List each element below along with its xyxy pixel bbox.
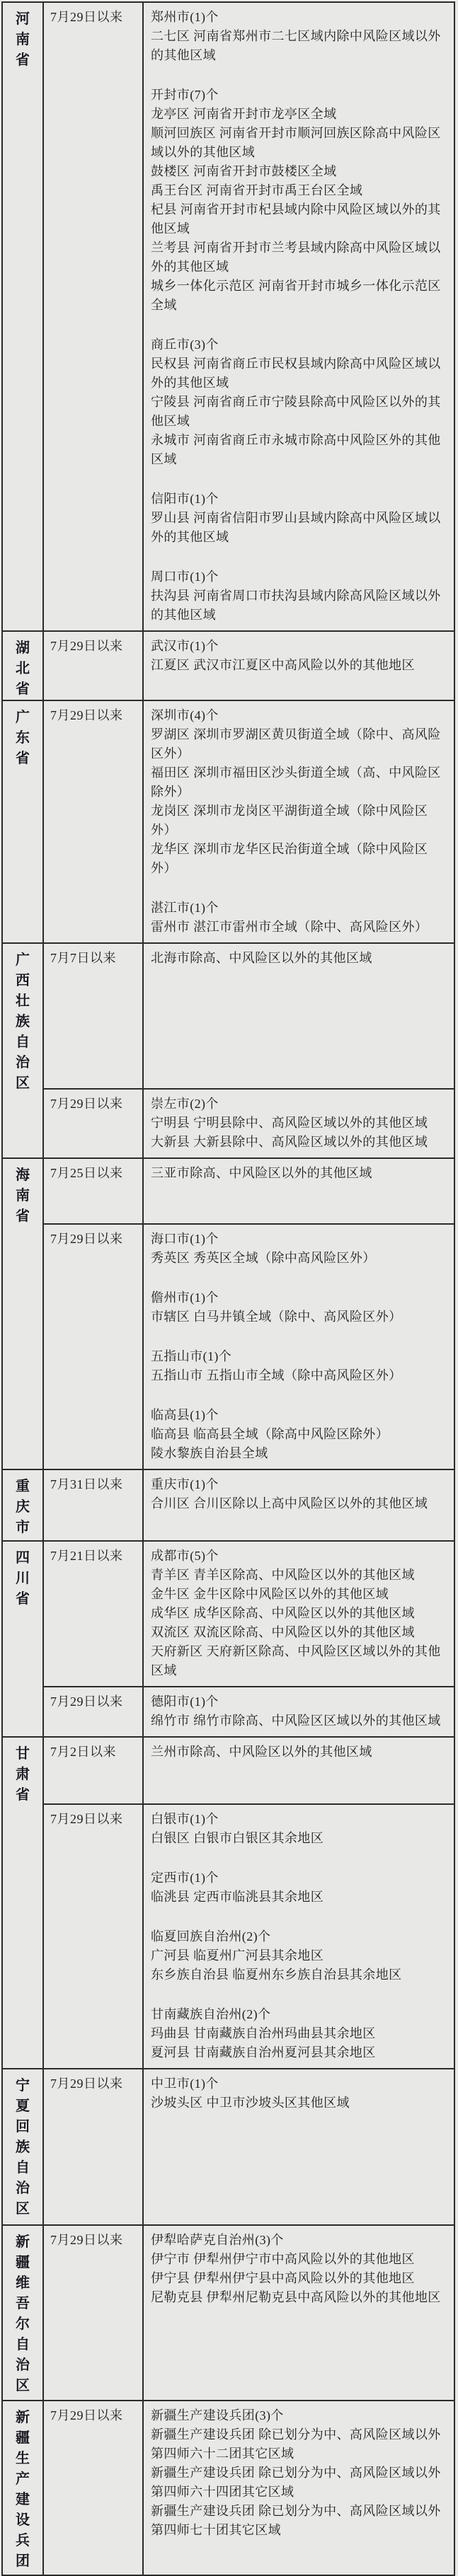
risk-areas-cell: 重庆市(1)个合川区 合川区除以上高中风险区以外的其他区域 xyxy=(144,1470,454,1540)
province-name-char: 区 xyxy=(16,2376,30,2396)
province-name-char: 南 xyxy=(16,30,30,50)
date-since-cell: 7月7日以来 xyxy=(44,944,144,1088)
date-since-cell: 7月29日以来 xyxy=(44,701,144,942)
area-line: 开封市(7)个 xyxy=(151,86,444,105)
province-name-char: 省 xyxy=(16,679,30,700)
date-since-cell: 7月29日以来 xyxy=(44,2226,144,2400)
area-line: 广河县 临夏州广河县其余地区 xyxy=(151,1946,444,1965)
city-block: 三亚市除高、中风险区以外的其他区域 xyxy=(151,1164,444,1183)
province-name-char: 重 xyxy=(16,1477,30,1497)
area-line: 德阳市(1)个 xyxy=(151,1692,444,1711)
area-line: 金牛区 金牛区除中风险区以外的其他区域 xyxy=(151,1585,444,1604)
risk-areas-cell: 新疆生产建设兵团(3)个新疆生产建设兵团 除已划分为中、高风险区域以外第四师六十… xyxy=(144,2401,454,2575)
province-cell: 重庆市 xyxy=(3,1470,44,1540)
area-line: 天府新区 天府新区除高、中风险区区域以外的其他区域 xyxy=(151,1642,444,1680)
city-block: 海口市(1)个秀英区 秀英区全域（除中高风险区外） xyxy=(151,1230,444,1268)
date-subrow: 7月25日以来三亚市除高、中风险区以外的其他区域 xyxy=(44,1159,454,1223)
risk-areas-cell: 海口市(1)个秀英区 秀英区全域（除中高风险区外）儋州市(1)个市辖区 白马井镇… xyxy=(144,1225,454,1469)
date-since-cell: 7月29日以来 xyxy=(44,1225,144,1469)
table-row: 新疆维吾尔自治区7月29日以来伊犁哈萨克自治州(3)个伊宁市 伊犁州伊宁市中高风… xyxy=(3,2224,454,2400)
table-row: 新疆生产建设兵团7月29日以来新疆生产建设兵团(3)个新疆生产建设兵团 除已划分… xyxy=(3,2400,454,2575)
area-line: 儋州市(1)个 xyxy=(151,1288,444,1307)
province-name-char: 族 xyxy=(16,1012,30,1032)
area-line: 定西市(1)个 xyxy=(151,1869,444,1888)
city-block: 甘南藏族自治州(2)个玛曲县 甘南藏族自治州玛曲县其余地区夏河县 甘南藏族自治州… xyxy=(151,2005,444,2062)
date-subrow-group: 7月21日以来成都市(5)个青羊区 青羊区除高、中风险区以外的其他区域金牛区 金… xyxy=(44,1542,454,1736)
area-line: 湛江市(1)个 xyxy=(151,899,444,918)
area-line: 白银区 白银市白银区其余地区 xyxy=(151,1829,444,1848)
date-since-cell: 7月31日以来 xyxy=(44,1470,144,1540)
area-line: 临夏回族自治州(2)个 xyxy=(151,1927,444,1946)
area-line: 鼓楼区 河南省开封市鼓楼区全域 xyxy=(151,162,444,181)
city-block: 深圳市(4)个罗湖区 深圳市罗湖区黄贝街道全域（除中、高风险区外）福田区 深圳市… xyxy=(151,706,444,878)
province-name-char: 省 xyxy=(16,1785,30,1806)
area-line: 二七区 河南省郑州市二七区域内除中风险区域以外的其他区域 xyxy=(151,27,444,65)
province-name-char: 南 xyxy=(16,1186,30,1206)
area-line: 五指山市 五指山市全域（除中高风险区外） xyxy=(151,1366,444,1385)
area-line: 崇左市(2)个 xyxy=(151,1094,444,1114)
area-line: 商丘市(3)个 xyxy=(151,335,444,354)
date-since-cell: 7月2日以来 xyxy=(44,1738,144,1803)
province-name-char: 治 xyxy=(16,2178,30,2199)
city-block: 北海市除高、中风险区以外的其他区域 xyxy=(151,949,444,968)
date-subrow: 7月29日以来新疆生产建设兵团(3)个新疆生产建设兵团 除已划分为中、高风险区域… xyxy=(44,2401,454,2575)
city-block: 五指山市(1)个五指山市 五指山市全域（除中高风险区外） xyxy=(151,1347,444,1385)
province-name-char: 省 xyxy=(16,1589,30,1610)
province-name-char: 自 xyxy=(16,2335,30,2355)
risk-areas-cell: 中卫市(1)个沙坡头区 中卫市沙坡头区其他区域 xyxy=(144,2069,454,2224)
area-line: 伊宁市 伊犁州伊宁市中高风险以外的其他地区 xyxy=(151,2250,444,2269)
province-name-char: 四 xyxy=(16,1548,30,1569)
area-line: 双流区 双流区除高、中风险区以外的其他区域 xyxy=(151,1623,444,1642)
table-row: 广东省7月29日以来深圳市(4)个罗湖区 深圳市罗湖区黄贝街道全域（除中、高风险… xyxy=(3,700,454,942)
risk-areas-cell: 伊犁哈萨克自治州(3)个伊宁市 伊犁州伊宁市中高风险以外的其他地区伊宁县 伊犁州… xyxy=(144,2226,454,2400)
date-subrow-group: 7月25日以来三亚市除高、中风险区以外的其他区域7月29日以来海口市(1)个秀英… xyxy=(44,1159,454,1469)
city-block: 成都市(5)个青羊区 青羊区除高、中风险区以外的其他区域金牛区 金牛区除中风险区… xyxy=(151,1547,444,1680)
date-since-cell: 7月29日以来 xyxy=(44,3,144,630)
table-row: 广西壮族自治区7月7日以来北海市除高、中风险区以外的其他区域7月29日以来崇左市… xyxy=(3,942,454,1157)
province-name-char: 夏 xyxy=(16,2096,30,2117)
risk-areas-cell: 武汉市(1)个江夏区 武汉市江夏区中高风险以外的其他地区 xyxy=(144,632,454,700)
province-cell: 新疆生产建设兵团 xyxy=(3,2401,44,2575)
area-line: 雷州市 湛江市雷州市全域（除中、高风险区外） xyxy=(151,918,444,937)
area-line: 龙华区 深圳市龙华区民治街道全域（除中风险区外） xyxy=(151,840,444,878)
area-line: 宁陵县 河南省商丘市宁陵县除高中风险区以外的其他区域 xyxy=(151,393,444,431)
table-row: 河南省7月29日以来郑州市(1)个二七区 河南省郑州市二七区域内除中风险区域以外… xyxy=(3,3,454,630)
province-name-char: 维 xyxy=(16,2273,30,2294)
city-block: 信阳市(1)个罗山县 河南省信阳市罗山县域内除高中风险区域以外的其他区域 xyxy=(151,490,444,547)
date-subrow: 7月29日以来海口市(1)个秀英区 秀英区全域（除中高风险区外）儋州市(1)个市… xyxy=(44,1223,454,1469)
province-name-char: 东 xyxy=(16,728,30,749)
city-block: 崇左市(2)个宁明县 宁明县除中、高风险区域以外的其他区域大新县 大新县除中、高… xyxy=(151,1094,444,1152)
province-name-char: 广 xyxy=(16,707,30,728)
area-line: 罗湖区 深圳市罗湖区黄贝街道全域（除中、高风险区外） xyxy=(151,725,444,763)
table-row: 海南省7月25日以来三亚市除高、中风险区以外的其他区域7月29日以来海口市(1)… xyxy=(3,1157,454,1469)
province-name-char: 族 xyxy=(16,2137,30,2158)
province-name-char: 设 xyxy=(16,2510,30,2531)
area-line: 成都市(5)个 xyxy=(151,1547,444,1566)
city-block: 重庆市(1)个合川区 合川区除以上高中风险区以外的其他区域 xyxy=(151,1475,444,1513)
date-subrow: 7月29日以来伊犁哈萨克自治州(3)个伊宁市 伊犁州伊宁市中高风险以外的其他地区… xyxy=(44,2226,454,2400)
area-line: 白银市(1)个 xyxy=(151,1810,444,1829)
date-subrow-group: 7月7日以来北海市除高、中风险区以外的其他区域7月29日以来崇左市(2)个宁明县… xyxy=(44,944,454,1157)
province-name-char: 兵 xyxy=(16,2531,30,2551)
area-line: 东乡族自治县 临夏州东乡族自治县其余地区 xyxy=(151,1965,444,1985)
area-line: 成华区 成华区除高、中风险区以外的其他区域 xyxy=(151,1604,444,1623)
area-line: 杞县 河南省开封市杞县域内除中风险区域以外的其他区域 xyxy=(151,200,444,238)
area-line: 顺河回族区 河南省开封市顺河回族区除高中风险区域以外的其他区域 xyxy=(151,124,444,162)
province-name-char: 省 xyxy=(16,1206,30,1227)
province-name-char: 疆 xyxy=(16,2253,30,2273)
province-name-char: 广 xyxy=(16,950,30,971)
date-subrow: 7月29日以来深圳市(4)个罗湖区 深圳市罗湖区黄贝街道全域（除中、高风险区外）… xyxy=(44,701,454,942)
area-line: 玛曲县 甘南藏族自治州玛曲县其余地区 xyxy=(151,2024,444,2043)
province-name-char: 疆 xyxy=(16,2428,30,2449)
city-block: 武汉市(1)个江夏区 武汉市江夏区中高风险以外的其他地区 xyxy=(151,637,444,675)
date-subrow-group: 7月29日以来伊犁哈萨克自治州(3)个伊宁市 伊犁州伊宁市中高风险以外的其他地区… xyxy=(44,2226,454,2400)
date-since-cell: 7月29日以来 xyxy=(44,2069,144,2224)
area-line: 周口市(1)个 xyxy=(151,567,444,587)
area-line: 禹王台区 河南省开封市禹王台区全域 xyxy=(151,181,444,200)
city-block: 郑州市(1)个二七区 河南省郑州市二七区域内除中风险区域以外的其他区域 xyxy=(151,8,444,65)
area-line: 尼勒克县 伊犁州尼勒克县中高风险以外的其他地区 xyxy=(151,2288,444,2307)
area-line: 伊宁县 伊犁州伊宁县中高风险以外的其他地区 xyxy=(151,2269,444,2288)
area-line: 扶沟县 河南省周口市扶沟县域内除高风险区域以外的其他区域 xyxy=(151,587,444,625)
area-line: 新疆生产建设兵团 除已划分为中、高风险区域以外第四师七十团其它区域 xyxy=(151,2502,444,2540)
area-line: 龙岗区 深圳市龙岗区平湖街道全域（除中风险区外） xyxy=(151,802,444,840)
risk-areas-cell: 兰州市除高、中风险区以外的其他区域 xyxy=(144,1738,454,1803)
city-block: 湛江市(1)个雷州市 湛江市雷州市全域（除中、高风险区外） xyxy=(151,899,444,937)
date-subrow-group: 7月29日以来新疆生产建设兵团(3)个新疆生产建设兵团 除已划分为中、高风险区域… xyxy=(44,2401,454,2575)
province-cell: 甘肃省 xyxy=(3,1738,44,2068)
date-since-cell: 7月29日以来 xyxy=(44,1805,144,2068)
province-cell: 湖北省 xyxy=(3,632,44,700)
city-block: 儋州市(1)个市辖区 白马井镇全域（除中、高风险区外） xyxy=(151,1288,444,1327)
area-line: 大新县 大新县除中、高风险区域以外的其他区域 xyxy=(151,1133,444,1152)
province-name-char: 区 xyxy=(16,2199,30,2219)
area-line: 兰州市除高、中风险区以外的其他区域 xyxy=(151,1743,444,1762)
table-row: 四川省7月21日以来成都市(5)个青羊区 青羊区除高、中风险区以外的其他区域金牛… xyxy=(3,1540,454,1736)
date-subrow: 7月29日以来崇左市(2)个宁明县 宁明县除中、高风险区域以外的其他区域大新县 … xyxy=(44,1088,454,1157)
province-name-char: 吾 xyxy=(16,2294,30,2314)
province-name-char: 生 xyxy=(16,2449,30,2469)
date-since-cell: 7月29日以来 xyxy=(44,2401,144,2575)
table-row: 宁夏回族自治区7月29日以来中卫市(1)个沙坡头区 中卫市沙坡头区其他区域 xyxy=(3,2068,454,2224)
date-subrow: 7月31日以来重庆市(1)个合川区 合川区除以上高中风险区以外的其他区域 xyxy=(44,1470,454,1540)
area-line: 三亚市除高、中风险区以外的其他区域 xyxy=(151,1164,444,1183)
area-line: 市辖区 白马井镇全域（除中、高风险区外） xyxy=(151,1307,444,1327)
city-block: 定西市(1)个临洮县 定西市临洮县其余地区 xyxy=(151,1869,444,1907)
city-block: 白银市(1)个白银区 白银市白银区其余地区 xyxy=(151,1810,444,1848)
province-name-char: 产 xyxy=(16,2469,30,2490)
area-line: 重庆市(1)个 xyxy=(151,1475,444,1494)
city-block: 临高县(1)个临高县 临高县全域（除高中风险区除外）陵水黎族自治县全域 xyxy=(151,1406,444,1463)
area-line: 临高县(1)个 xyxy=(151,1406,444,1425)
date-subrow-group: 7月29日以来深圳市(4)个罗湖区 深圳市罗湖区黄贝街道全域（除中、高风险区外）… xyxy=(44,701,454,942)
date-subrow-group: 7月2日以来兰州市除高、中风险区以外的其他区域7月29日以来白银市(1)个白银区… xyxy=(44,1738,454,2068)
date-subrow: 7月29日以来武汉市(1)个江夏区 武汉市江夏区中高风险以外的其他地区 xyxy=(44,632,454,700)
province-name-char: 海 xyxy=(16,1165,30,1186)
area-line: 深圳市(4)个 xyxy=(151,706,444,725)
province-name-char: 河 xyxy=(16,9,30,30)
area-line: 江夏区 武汉市江夏区中高风险以外的其他地区 xyxy=(151,656,444,675)
area-line: 夏河县 甘南藏族自治州夏河县其余地区 xyxy=(151,2043,444,2062)
area-line: 临高县 临高县全域（除高中风险区除外） xyxy=(151,1425,444,1444)
risk-area-table: 河南省7月29日以来郑州市(1)个二七区 河南省郑州市二七区域内除中风险区域以外… xyxy=(1,1,455,2576)
date-since-cell: 7月29日以来 xyxy=(44,1090,144,1157)
area-line: 兰考县 河南省开封市兰考县域内除高中风险区域以外的其他区域 xyxy=(151,238,444,277)
risk-areas-cell: 崇左市(2)个宁明县 宁明县除中、高风险区域以外的其他区域大新县 大新县除中、高… xyxy=(144,1090,454,1157)
province-name-char: 治 xyxy=(16,2355,30,2376)
risk-areas-cell: 成都市(5)个青羊区 青羊区除高、中风险区以外的其他区域金牛区 金牛区除中风险区… xyxy=(144,1542,454,1686)
area-line: 城乡一体化示范区 河南省开封市城乡一体化示范区全域 xyxy=(151,277,444,315)
area-line: 陵水黎族自治县全域 xyxy=(151,1444,444,1463)
date-subrow-group: 7月29日以来郑州市(1)个二七区 河南省郑州市二七区域内除中风险区域以外的其他… xyxy=(44,3,454,630)
date-subrow: 7月7日以来北海市除高、中风险区以外的其他区域 xyxy=(44,944,454,1088)
province-name-char: 川 xyxy=(16,1569,30,1589)
province-cell: 河南省 xyxy=(3,3,44,630)
area-line: 沙坡头区 中卫市沙坡头区其他区域 xyxy=(151,2093,444,2113)
area-line: 永城市 河南省商丘市永城市除高中风险区外的其他区域 xyxy=(151,431,444,469)
province-name-char: 建 xyxy=(16,2490,30,2510)
area-line: 福田区 深圳市福田区沙头街道全域（高、中风险区除外） xyxy=(151,763,444,802)
province-name-char: 自 xyxy=(16,1032,30,1053)
province-name-char: 区 xyxy=(16,1073,30,1094)
area-line: 罗山县 河南省信阳市罗山县域内除高中风险区域以外的其他区域 xyxy=(151,509,444,547)
risk-areas-cell: 三亚市除高、中风险区以外的其他区域 xyxy=(144,1159,454,1223)
date-since-cell: 7月29日以来 xyxy=(44,1687,144,1736)
province-cell: 新疆维吾尔自治区 xyxy=(3,2226,44,2400)
risk-areas-cell: 北海市除高、中风险区以外的其他区域 xyxy=(144,944,454,1088)
province-name-char: 省 xyxy=(16,749,30,769)
page-background: { "document": { "background_color": "#e8… xyxy=(0,0,458,2471)
city-block: 兰州市除高、中风险区以外的其他区域 xyxy=(151,1743,444,1762)
date-subrow: 7月21日以来成都市(5)个青羊区 青羊区除高、中风险区以外的其他区域金牛区 金… xyxy=(44,1542,454,1686)
date-subrow: 7月29日以来中卫市(1)个沙坡头区 中卫市沙坡头区其他区域 xyxy=(44,2069,454,2224)
city-block: 中卫市(1)个沙坡头区 中卫市沙坡头区其他区域 xyxy=(151,2074,444,2113)
city-block: 临夏回族自治州(2)个广河县 临夏州广河县其余地区东乡族自治县 临夏州东乡族自治… xyxy=(151,1927,444,1985)
province-cell: 宁夏回族自治区 xyxy=(3,2069,44,2224)
province-name-char: 尔 xyxy=(16,2314,30,2335)
area-line: 北海市除高、中风险区以外的其他区域 xyxy=(151,949,444,968)
date-since-cell: 7月25日以来 xyxy=(44,1159,144,1223)
province-name-char: 庆 xyxy=(16,1497,30,1518)
date-subrow: 7月29日以来郑州市(1)个二七区 河南省郑州市二七区域内除中风险区域以外的其他… xyxy=(44,3,454,630)
province-name-char: 北 xyxy=(16,659,30,679)
area-line: 新疆生产建设兵团(3)个 xyxy=(151,2406,444,2425)
area-line: 信阳市(1)个 xyxy=(151,490,444,509)
city-block: 德阳市(1)个绵竹市 绵竹市除高、中风险区区域以外的其他区域 xyxy=(151,1692,444,1731)
area-line: 新疆生产建设兵团 除已划分为中、高风险区域以外第四师六十四团其它区域 xyxy=(151,2464,444,2502)
date-subrow: 7月2日以来兰州市除高、中风险区以外的其他区域 xyxy=(44,1738,454,1803)
province-name-char: 治 xyxy=(16,1053,30,1073)
province-name-char: 湖 xyxy=(16,638,30,659)
risk-areas-cell: 深圳市(4)个罗湖区 深圳市罗湖区黄贝街道全域（除中、高风险区外）福田区 深圳市… xyxy=(144,701,454,942)
area-line: 绵竹市 绵竹市除高、中风险区区域以外的其他区域 xyxy=(151,1711,444,1731)
table-row: 湖北省7月29日以来武汉市(1)个江夏区 武汉市江夏区中高风险以外的其他地区 xyxy=(3,630,454,700)
area-line: 合川区 合川区除以上高中风险区以外的其他区域 xyxy=(151,1494,444,1513)
city-block: 新疆生产建设兵团(3)个新疆生产建设兵团 除已划分为中、高风险区域以外第四师六十… xyxy=(151,2406,444,2540)
date-subrow: 7月29日以来德阳市(1)个绵竹市 绵竹市除高、中风险区区域以外的其他区域 xyxy=(44,1686,454,1736)
province-name-char: 团 xyxy=(16,2551,30,2572)
city-block: 伊犁哈萨克自治州(3)个伊宁市 伊犁州伊宁市中高风险以外的其他地区伊宁县 伊犁州… xyxy=(151,2231,444,2307)
city-block: 周口市(1)个扶沟县 河南省周口市扶沟县域内除高风险区域以外的其他区域 xyxy=(151,567,444,625)
province-cell: 广西壮族自治区 xyxy=(3,944,44,1157)
area-line: 秀英区 秀英区全域（除中高风险区外） xyxy=(151,1249,444,1268)
date-subrow-group: 7月31日以来重庆市(1)个合川区 合川区除以上高中风险区以外的其他区域 xyxy=(44,1470,454,1540)
province-name-char: 新 xyxy=(16,2408,30,2428)
area-line: 新疆生产建设兵团 除已划分为中、高风险区域以外第四师六十二团其它区域 xyxy=(151,2425,444,2464)
area-line: 青羊区 青羊区除高、中风险区以外的其他区域 xyxy=(151,1566,444,1585)
province-name-char: 肃 xyxy=(16,1764,30,1785)
province-name-char: 西 xyxy=(16,971,30,991)
area-line: 宁明县 宁明县除中、高风险区域以外的其他区域 xyxy=(151,1114,444,1133)
date-since-cell: 7月21日以来 xyxy=(44,1542,144,1686)
area-line: 甘南藏族自治州(2)个 xyxy=(151,2005,444,2024)
province-cell: 海南省 xyxy=(3,1159,44,1469)
province-name-char: 宁 xyxy=(16,2076,30,2096)
area-line: 伊犁哈萨克自治州(3)个 xyxy=(151,2231,444,2250)
province-name-char: 回 xyxy=(16,2117,30,2137)
province-name-char: 自 xyxy=(16,2158,30,2178)
province-name-char: 市 xyxy=(16,1518,30,1538)
table-row: 重庆市7月31日以来重庆市(1)个合川区 合川区除以上高中风险区以外的其他区域 xyxy=(3,1469,454,1540)
province-name-char: 甘 xyxy=(16,1744,30,1764)
province-name-char: 省 xyxy=(16,50,30,71)
risk-areas-cell: 郑州市(1)个二七区 河南省郑州市二七区域内除中风险区域以外的其他区域开封市(7… xyxy=(144,3,454,630)
date-subrow-group: 7月29日以来武汉市(1)个江夏区 武汉市江夏区中高风险以外的其他地区 xyxy=(44,632,454,700)
area-line: 海口市(1)个 xyxy=(151,1230,444,1249)
risk-areas-cell: 白银市(1)个白银区 白银市白银区其余地区定西市(1)个临洮县 定西市临洮县其余… xyxy=(144,1805,454,2068)
area-line: 临洮县 定西市临洮县其余地区 xyxy=(151,1888,444,1907)
city-block: 开封市(7)个龙亭区 河南省开封市龙亭区全域顺河回族区 河南省开封市顺河回族区除… xyxy=(151,86,444,315)
area-line: 武汉市(1)个 xyxy=(151,637,444,656)
area-line: 郑州市(1)个 xyxy=(151,8,444,27)
province-name-char: 壮 xyxy=(16,991,30,1012)
date-subrow: 7月29日以来白银市(1)个白银区 白银市白银区其余地区定西市(1)个临洮县 定… xyxy=(44,1803,454,2068)
province-cell: 四川省 xyxy=(3,1542,44,1736)
date-subrow-group: 7月29日以来中卫市(1)个沙坡头区 中卫市沙坡头区其他区域 xyxy=(44,2069,454,2224)
province-name-char: 新 xyxy=(16,2232,30,2253)
date-since-cell: 7月29日以来 xyxy=(44,632,144,700)
city-block: 商丘市(3)个民权县 河南省商丘市民权县域内除高中风险区域以外的其他区域宁陵县 … xyxy=(151,335,444,469)
province-cell: 广东省 xyxy=(3,701,44,942)
area-line: 中卫市(1)个 xyxy=(151,2074,444,2093)
risk-areas-cell: 德阳市(1)个绵竹市 绵竹市除高、中风险区区域以外的其他区域 xyxy=(144,1687,454,1736)
area-line: 五指山市(1)个 xyxy=(151,1347,444,1366)
area-line: 民权县 河南省商丘市民权县域内除高中风险区域以外的其他区域 xyxy=(151,354,444,393)
area-line: 龙亭区 河南省开封市龙亭区全域 xyxy=(151,105,444,124)
table-row: 甘肃省7月2日以来兰州市除高、中风险区以外的其他区域7月29日以来白银市(1)个… xyxy=(3,1736,454,2068)
